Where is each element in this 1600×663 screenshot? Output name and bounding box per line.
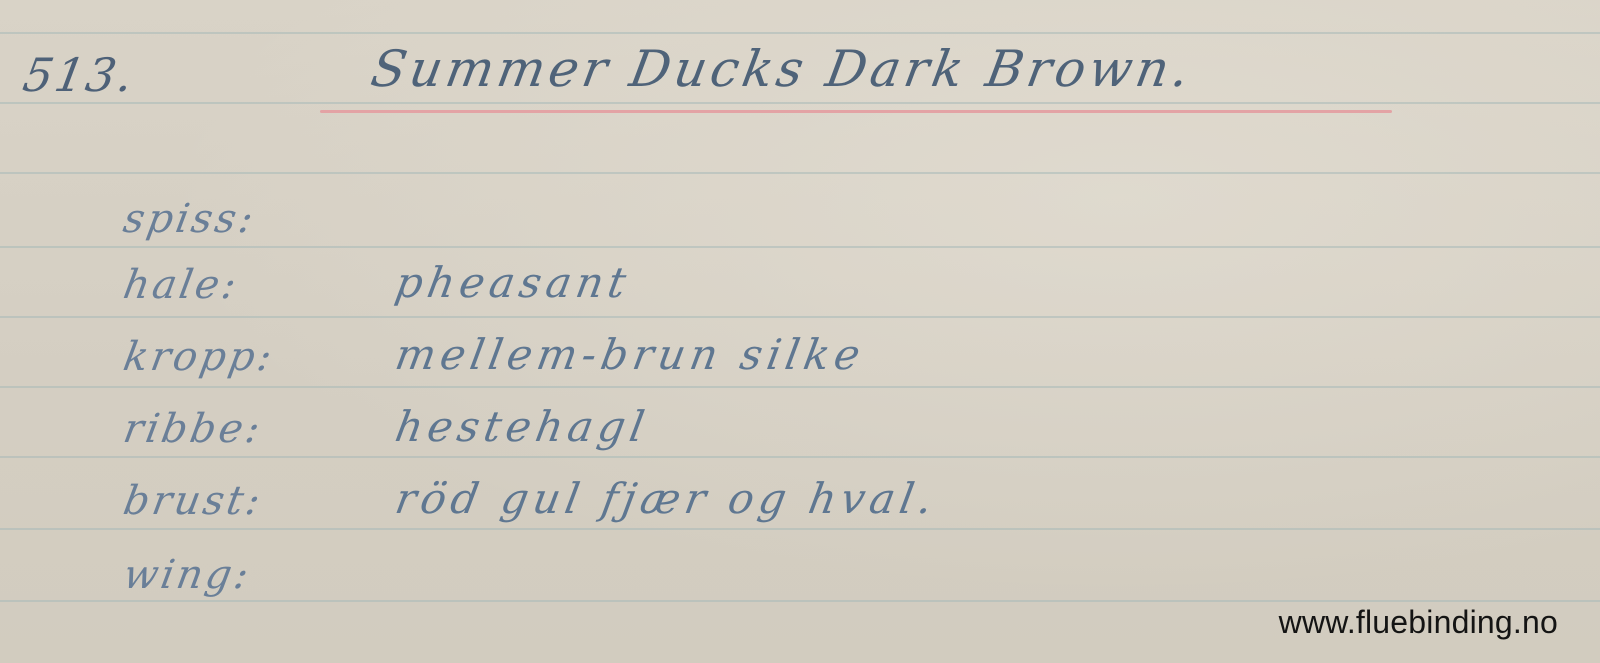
- ruled-line: [0, 456, 1600, 458]
- field-label-spiss: spiss:: [120, 196, 260, 242]
- entry-number: 513.: [19, 48, 139, 102]
- ruled-line: [0, 600, 1600, 602]
- field-label-wing: wing:: [120, 552, 255, 598]
- ruled-line: [0, 316, 1600, 318]
- ruled-line: [0, 32, 1600, 34]
- ruled-line: [0, 102, 1600, 104]
- field-label-hale: hale:: [120, 262, 243, 308]
- field-label-brust: brust:: [120, 478, 267, 524]
- field-label-ribbe: ribbe:: [120, 406, 266, 452]
- fly-pattern-title: Summer Ducks Dark Brown.: [367, 40, 1198, 98]
- ruled-line: [0, 172, 1600, 174]
- field-label-kropp: kropp:: [120, 334, 278, 380]
- website-watermark: www.fluebinding.no: [1279, 604, 1558, 641]
- ruled-line: [0, 528, 1600, 530]
- field-value-brust: röd gul fjær og hval.: [392, 474, 942, 523]
- ruled-line: [0, 246, 1600, 248]
- ruled-line: [0, 386, 1600, 388]
- field-value-hale: pheasant: [392, 258, 635, 307]
- field-value-ribbe: hestehagl: [392, 402, 653, 451]
- field-value-kropp: mellem-brun silke: [392, 330, 869, 379]
- title-underline: [320, 110, 1392, 113]
